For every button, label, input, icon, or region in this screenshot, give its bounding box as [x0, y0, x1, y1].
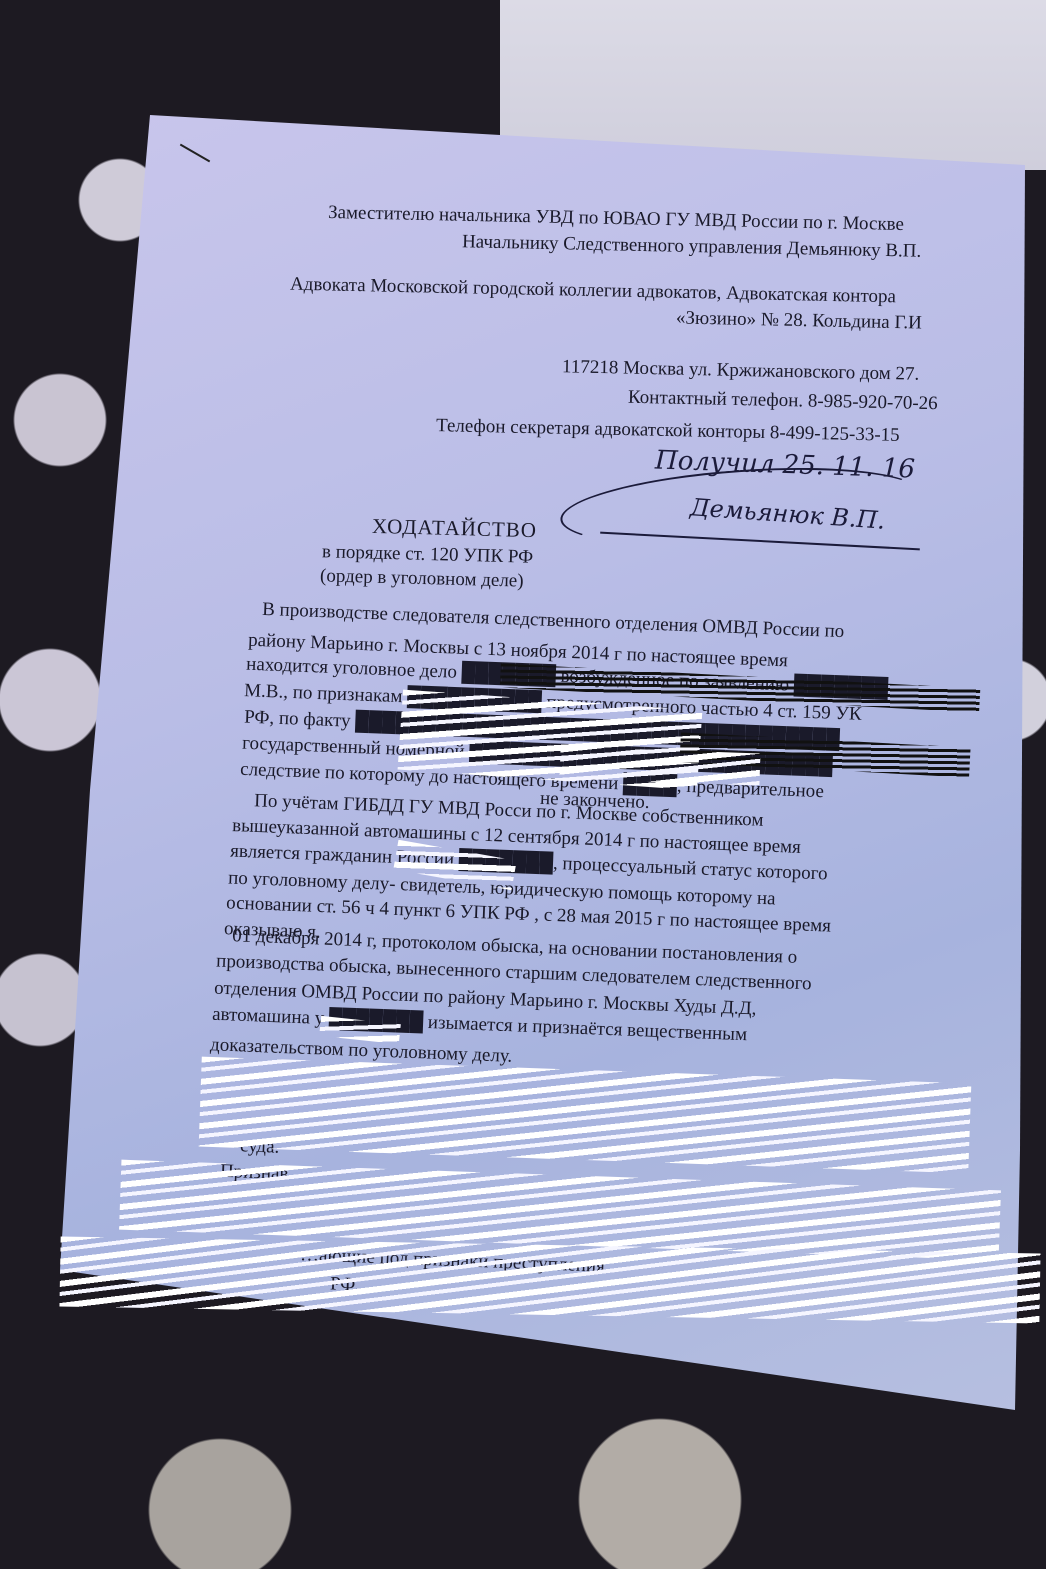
staple-mark	[180, 144, 210, 163]
doc-note: (ордер в уголовном деле)	[320, 565, 524, 592]
doc-title: ХОДАТАЙСТВО	[372, 514, 538, 543]
secretary-phone: Телефон секретаря адвокатской конторы 8-…	[436, 415, 900, 447]
addressee-line-1: Заместителю начальника УВД по ЮВАО ГУ МВ…	[328, 202, 904, 236]
redaction-scribble	[199, 1057, 972, 1174]
sender-line-2: «Зюзино» № 28. Кольдина Г.И	[676, 307, 922, 334]
address-line: 117218 Москва ул. Кржижановского дом 27.	[562, 356, 920, 385]
addressee-line-2: Начальнику Следственного управления Демь…	[462, 231, 922, 263]
document: Заместителю начальника УВД по ЮВАО ГУ МВ…	[0, 0, 1046, 1569]
doc-subtitle: в порядке ст. 120 УПК РФ	[322, 541, 534, 569]
sender-line-1: Адвоката Московской городской коллегии а…	[290, 274, 896, 309]
contact-phone: Контактный телефон. 8-985-920-70-26	[628, 387, 938, 415]
